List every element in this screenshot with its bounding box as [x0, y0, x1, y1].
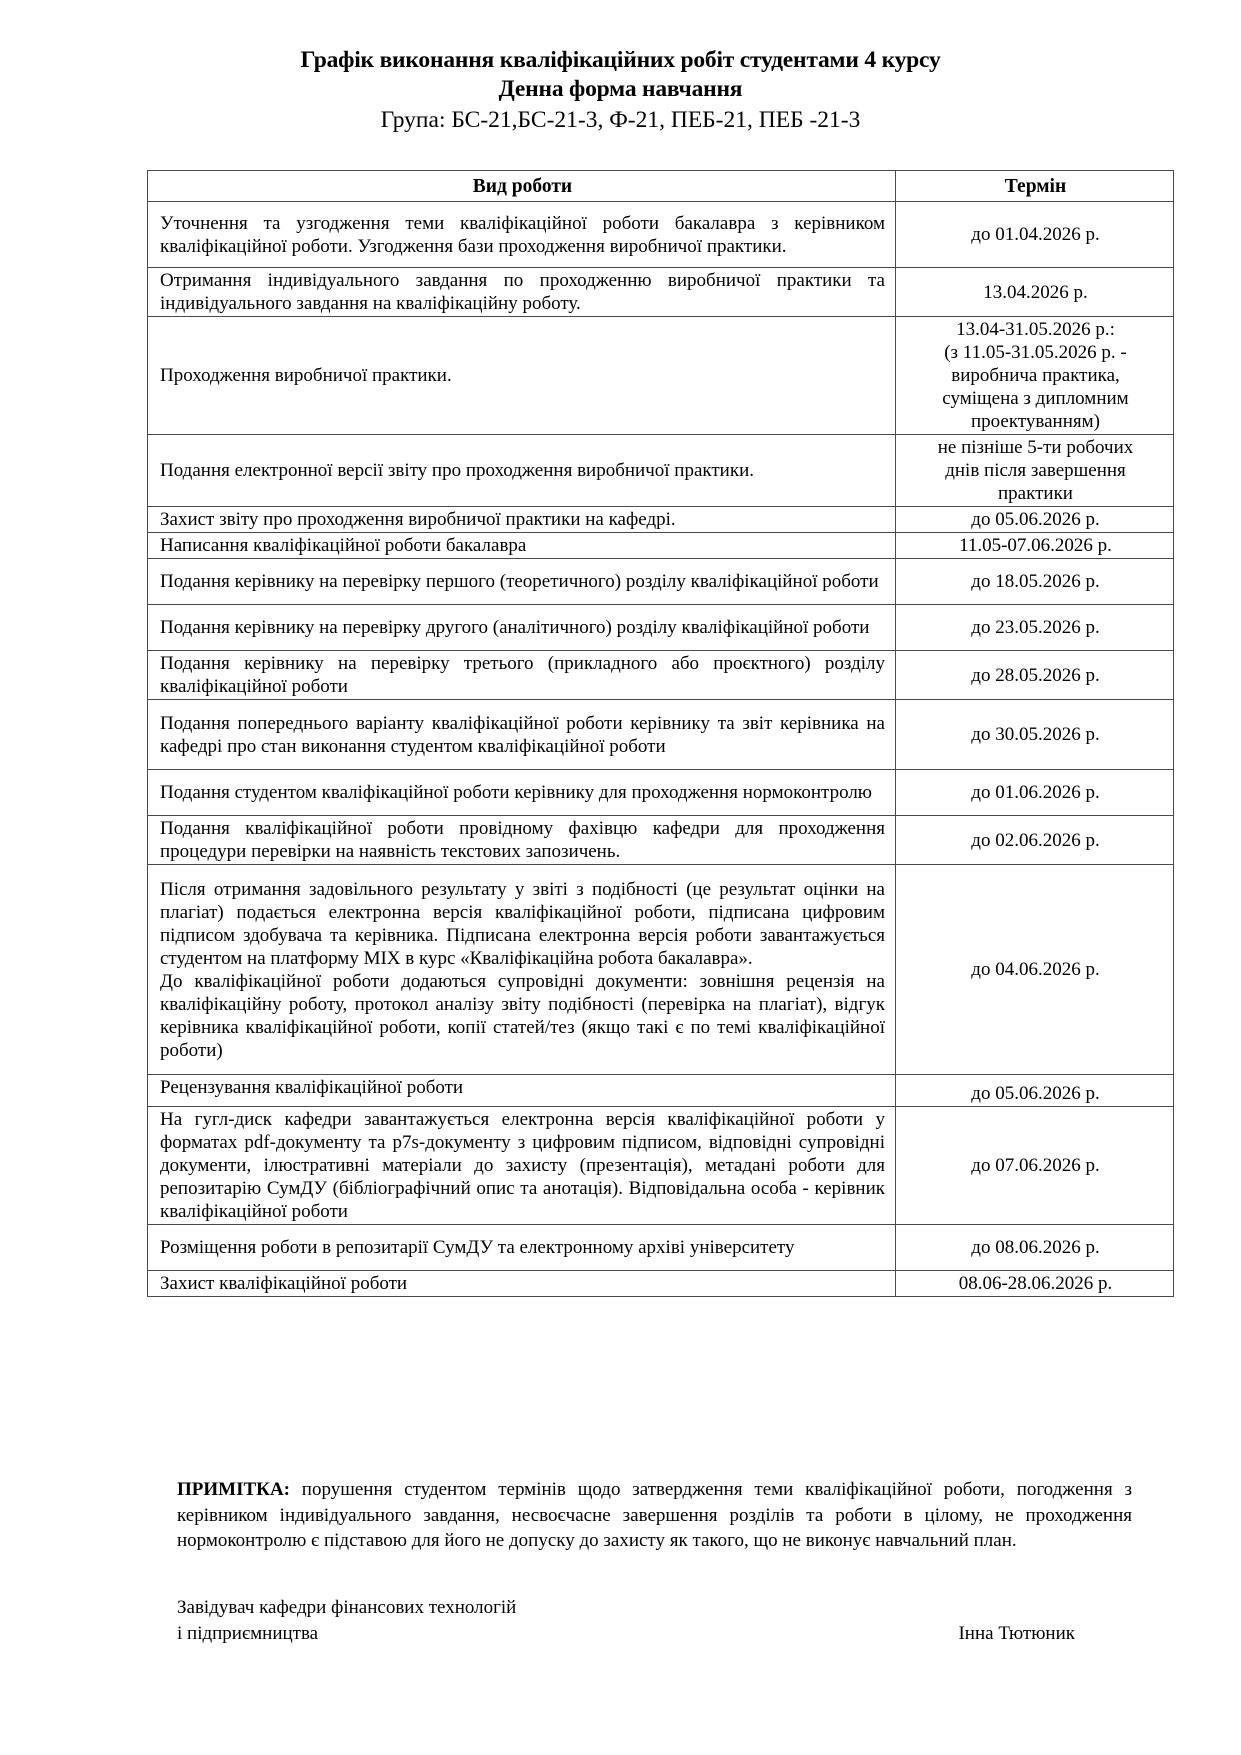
table-row: Подання попереднього варіанту кваліфікац…	[148, 700, 1174, 770]
signature-block: Завідувач кафедри фінансових технологій …	[177, 1595, 1132, 1646]
work-type-text-extra: До кваліфікаційної роботи додаються супр…	[160, 970, 885, 1062]
deadline-cell: до 04.06.2026 р.	[896, 865, 1174, 1075]
column-header-work-type: Вид роботи	[148, 171, 896, 202]
deadline-text: до 18.05.2026 р.	[908, 570, 1163, 593]
work-type-text: Подання попереднього варіанту кваліфікац…	[160, 712, 885, 758]
work-type-cell: Отримання індивідуального завдання по пр…	[148, 268, 896, 317]
work-type-text: Проходження виробничої практики.	[160, 364, 885, 387]
work-type-text: Подання електронної версії звіту про про…	[160, 459, 885, 482]
work-type-text: Уточнення та узгодження теми кваліфікаці…	[160, 212, 885, 258]
table-row: Уточнення та узгодження теми кваліфікаці…	[148, 202, 1174, 268]
work-type-cell: На гугл-диск кафедри завантажується елек…	[148, 1107, 896, 1225]
table-row: Захист звіту про проходження виробничої …	[148, 507, 1174, 533]
deadline-cell: до 23.05.2026 р.	[896, 605, 1174, 651]
work-type-text: Подання керівнику на перевірку другого (…	[160, 616, 885, 639]
work-type-text: Розміщення роботи в репозитарії СумДУ та…	[160, 1236, 885, 1259]
signatory-position-line-2: і підприємництва	[177, 1623, 318, 1644]
deadline-text: до 01.04.2026 р.	[908, 223, 1163, 246]
table-row: Подання керівнику на перевірку першого (…	[148, 559, 1174, 605]
work-type-text: Рецензування кваліфікаційної роботи	[160, 1076, 885, 1099]
work-type-cell: Подання попереднього варіанту кваліфікац…	[148, 700, 896, 770]
table-row: Отримання індивідуального завдання по пр…	[148, 268, 1174, 317]
work-type-cell: Проходження виробничої практики.	[148, 317, 896, 435]
work-type-cell: Розміщення роботи в репозитарії СумДУ та…	[148, 1225, 896, 1271]
deadline-cell: до 05.06.2026 р.	[896, 507, 1174, 533]
deadline-text: до 01.06.2026 р.	[908, 781, 1163, 804]
deadline-cell: до 02.06.2026 р.	[896, 816, 1174, 865]
note-text: порушення студентом термінів щодо затвер…	[177, 1479, 1132, 1551]
deadline-text: 08.06-28.06.2026 р.	[908, 1272, 1163, 1295]
deadline-text: до 05.06.2026 р.	[908, 508, 1163, 531]
deadline-text: виробнича практика,	[908, 364, 1163, 387]
document-title: Графік виконання кваліфікаційних робіт с…	[0, 46, 1241, 75]
work-type-cell: Подання електронної версії звіту про про…	[148, 435, 896, 507]
table-row: Подання керівнику на перевірку третього …	[148, 651, 1174, 700]
note-label: ПРИМІТКА:	[177, 1479, 290, 1500]
deadline-cell: до 28.05.2026 р.	[896, 651, 1174, 700]
work-type-text: На гугл-диск кафедри завантажується елек…	[160, 1108, 885, 1223]
table-row: Проходження виробничої практики.13.04-31…	[148, 317, 1174, 435]
deadline-text: днів після завершення	[908, 459, 1163, 482]
table-row: Захист кваліфікаційної роботи08.06-28.06…	[148, 1271, 1174, 1297]
table-row: Подання електронної версії звіту про про…	[148, 435, 1174, 507]
signatory-name: Інна Тютюник	[958, 1621, 1075, 1647]
deadline-text: 13.04-31.05.2026 р.:	[908, 318, 1163, 341]
table-row: Подання кваліфікаційної роботи провідном…	[148, 816, 1174, 865]
work-type-cell: Подання кваліфікаційної роботи провідном…	[148, 816, 896, 865]
deadline-text: до 08.06.2026 р.	[908, 1236, 1163, 1259]
schedule-table: Вид роботи Термін Уточнення та узгодженн…	[147, 170, 1174, 1297]
work-type-cell: Подання керівнику на перевірку першого (…	[148, 559, 896, 605]
table-row: Подання керівнику на перевірку другого (…	[148, 605, 1174, 651]
table-row: Рецензування кваліфікаційної роботидо 05…	[148, 1075, 1174, 1107]
deadline-cell: не пізніше 5-ти робочихднів після заверш…	[896, 435, 1174, 507]
note-paragraph: ПРИМІТКА: порушення студентом термінів щ…	[177, 1477, 1132, 1554]
column-header-deadline: Термін	[896, 171, 1174, 202]
table-row: Подання студентом кваліфікаційної роботи…	[148, 770, 1174, 816]
deadline-cell: 13.04.2026 р.	[896, 268, 1174, 317]
work-type-text: Після отримання задовільного результату …	[160, 878, 885, 970]
table-row: На гугл-диск кафедри завантажується елек…	[148, 1107, 1174, 1225]
deadline-text: суміщена з дипломним	[908, 387, 1163, 410]
deadline-text: до 02.06.2026 р.	[908, 829, 1163, 852]
deadline-cell: до 01.06.2026 р.	[896, 770, 1174, 816]
work-type-text: Подання студентом кваліфікаційної роботи…	[160, 781, 885, 804]
deadline-cell: до 30.05.2026 р.	[896, 700, 1174, 770]
document-header: Графік виконання кваліфікаційних робіт с…	[0, 46, 1241, 135]
table-row: Написання кваліфікаційної роботи бакалав…	[148, 533, 1174, 559]
deadline-text: до 28.05.2026 р.	[908, 664, 1163, 687]
deadline-text: до 05.06.2026 р.	[908, 1082, 1163, 1105]
deadline-text: до 07.06.2026 р.	[908, 1154, 1163, 1177]
work-type-cell: Уточнення та узгодження теми кваліфікаці…	[148, 202, 896, 268]
work-type-cell: Захист кваліфікаційної роботи	[148, 1271, 896, 1297]
deadline-text: 13.04.2026 р.	[908, 281, 1163, 304]
work-type-cell: Захист звіту про проходження виробничої …	[148, 507, 896, 533]
work-type-cell: Рецензування кваліфікаційної роботи	[148, 1075, 896, 1107]
deadline-text: до 04.06.2026 р.	[908, 958, 1163, 981]
deadline-text: до 23.05.2026 р.	[908, 616, 1163, 639]
work-type-cell: Подання студентом кваліфікаційної роботи…	[148, 770, 896, 816]
work-type-cell: Після отримання задовільного результату …	[148, 865, 896, 1075]
work-type-cell: Написання кваліфікаційної роботи бакалав…	[148, 533, 896, 559]
deadline-cell: до 18.05.2026 р.	[896, 559, 1174, 605]
deadline-cell: до 05.06.2026 р.	[896, 1075, 1174, 1107]
deadline-cell: 08.06-28.06.2026 р.	[896, 1271, 1174, 1297]
deadline-cell: 13.04-31.05.2026 р.:(з 11.05-31.05.2026 …	[896, 317, 1174, 435]
deadline-cell: 11.05-07.06.2026 р.	[896, 533, 1174, 559]
deadline-text: 11.05-07.06.2026 р.	[908, 534, 1163, 557]
table-row: Після отримання задовільного результату …	[148, 865, 1174, 1075]
group-list: Група: БС-21,БС-21-3, Ф-21, ПЕБ-21, ПЕБ …	[0, 105, 1241, 135]
signatory-position-line-1: Завідувач кафедри фінансових технологій	[177, 1595, 1132, 1621]
study-form-subtitle: Денна форма навчання	[0, 75, 1241, 104]
work-type-cell: Подання керівнику на перевірку третього …	[148, 651, 896, 700]
work-type-text: Захист звіту про проходження виробничої …	[160, 508, 885, 531]
work-type-text: Подання кваліфікаційної роботи провідном…	[160, 817, 885, 863]
schedule-table-body: Уточнення та узгодження теми кваліфікаці…	[148, 202, 1174, 1297]
work-type-text: Написання кваліфікаційної роботи бакалав…	[160, 534, 885, 557]
deadline-text: практики	[908, 482, 1163, 505]
deadline-text: до 30.05.2026 р.	[908, 723, 1163, 746]
work-type-text: Захист кваліфікаційної роботи	[160, 1272, 885, 1295]
work-type-text: Подання керівнику на перевірку третього …	[160, 652, 885, 698]
work-type-text: Отримання індивідуального завдання по пр…	[160, 269, 885, 315]
work-type-cell: Подання керівнику на перевірку другого (…	[148, 605, 896, 651]
deadline-text: проектуванням)	[908, 410, 1163, 433]
deadline-text: (з 11.05-31.05.2026 р. -	[908, 341, 1163, 364]
deadline-cell: до 08.06.2026 р.	[896, 1225, 1174, 1271]
table-header-row: Вид роботи Термін	[148, 171, 1174, 202]
deadline-text: не пізніше 5-ти робочих	[908, 436, 1163, 459]
work-type-text: Подання керівнику на перевірку першого (…	[160, 570, 885, 593]
deadline-cell: до 07.06.2026 р.	[896, 1107, 1174, 1225]
table-row: Розміщення роботи в репозитарії СумДУ та…	[148, 1225, 1174, 1271]
deadline-cell: до 01.04.2026 р.	[896, 202, 1174, 268]
